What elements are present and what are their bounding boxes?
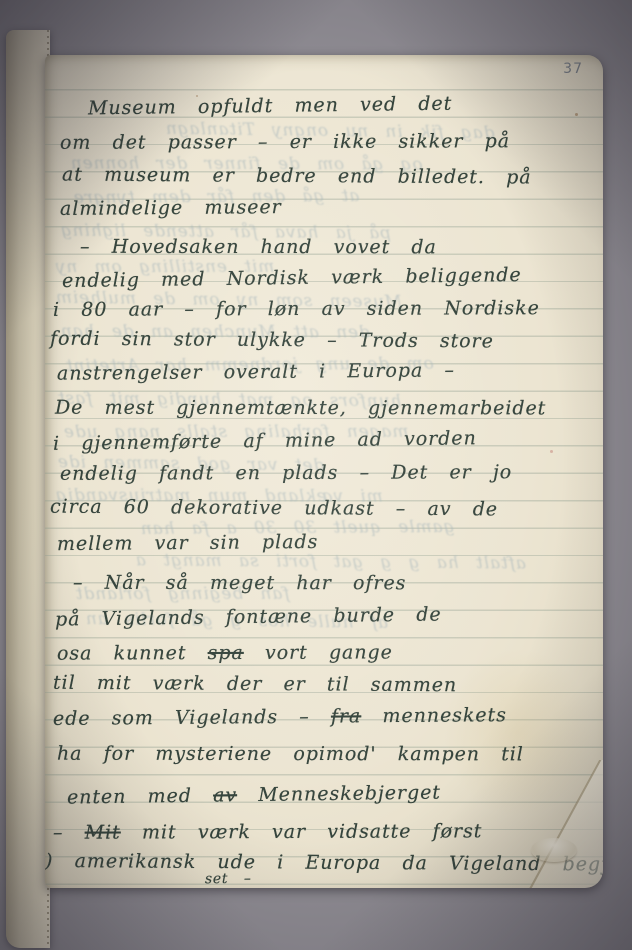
page-number: 37	[563, 61, 583, 77]
handwriting-line: på Vigelands fontæne burde de	[55, 603, 442, 630]
handwriting-line: i 80 aar – for løn av siden Nordiske	[53, 297, 540, 321]
handwriting-line: set –	[205, 871, 252, 887]
handwriting-line: – Hovedsaken hand vovet da	[80, 236, 437, 258]
handwriting-line: mellem var sin plads	[57, 531, 318, 555]
handwriting-line: endelig fandt en plads – Det er jo	[60, 461, 512, 485]
handwriting-line: ha for mysteriene opimod' kampen til	[57, 743, 524, 766]
handwriting-line: osa kunnet spa vort gange	[57, 641, 393, 664]
handwriting-line: om det passer – er ikke sikker på	[60, 130, 510, 154]
dogear-lit-face	[503, 760, 603, 888]
dogear-fold	[503, 760, 603, 888]
handwriting-line: almindelige museer	[60, 196, 282, 220]
handwriting-line: Museum opfuldt men ved det	[88, 93, 452, 120]
handwriting-line: fordi sin stor ulykke – Trods store	[50, 328, 494, 353]
handwriting-line: enten med av Menneskebjerget	[67, 782, 441, 809]
notebook-page: dag fik in nu ongny Titanlagnog gå om de…	[45, 55, 603, 888]
handwriting-line: til mit værk der er til sammen	[53, 672, 457, 697]
photo-backdrop: dag fik in nu ongny Titanlagnog gå om de…	[0, 0, 632, 950]
handwriting-line: – Mit mit værk var vidsatte først	[53, 820, 482, 843]
handwriting-line: – Når så meget har ofres	[73, 572, 406, 594]
handwriting-line: endelig med Nordisk værk beliggende	[62, 264, 522, 292]
handwriting-line: circa 60 dekorative udkast – av de	[50, 496, 498, 521]
handwriting-line: anstrengelser overalt i Europa –	[57, 359, 455, 384]
handwriting-line: i gjennemførte af mine ad vorden	[53, 427, 477, 455]
handwriting-line: at museum er bedre end billedet. på	[62, 164, 532, 189]
handwriting-line: De mest gjennemtænkte, gjennemarbeidet	[55, 397, 546, 420]
dogear-curl	[531, 838, 577, 862]
notebook-binding-edge	[6, 30, 50, 948]
handwriting-line: ede som Vigelands – fra menneskets	[53, 704, 507, 730]
